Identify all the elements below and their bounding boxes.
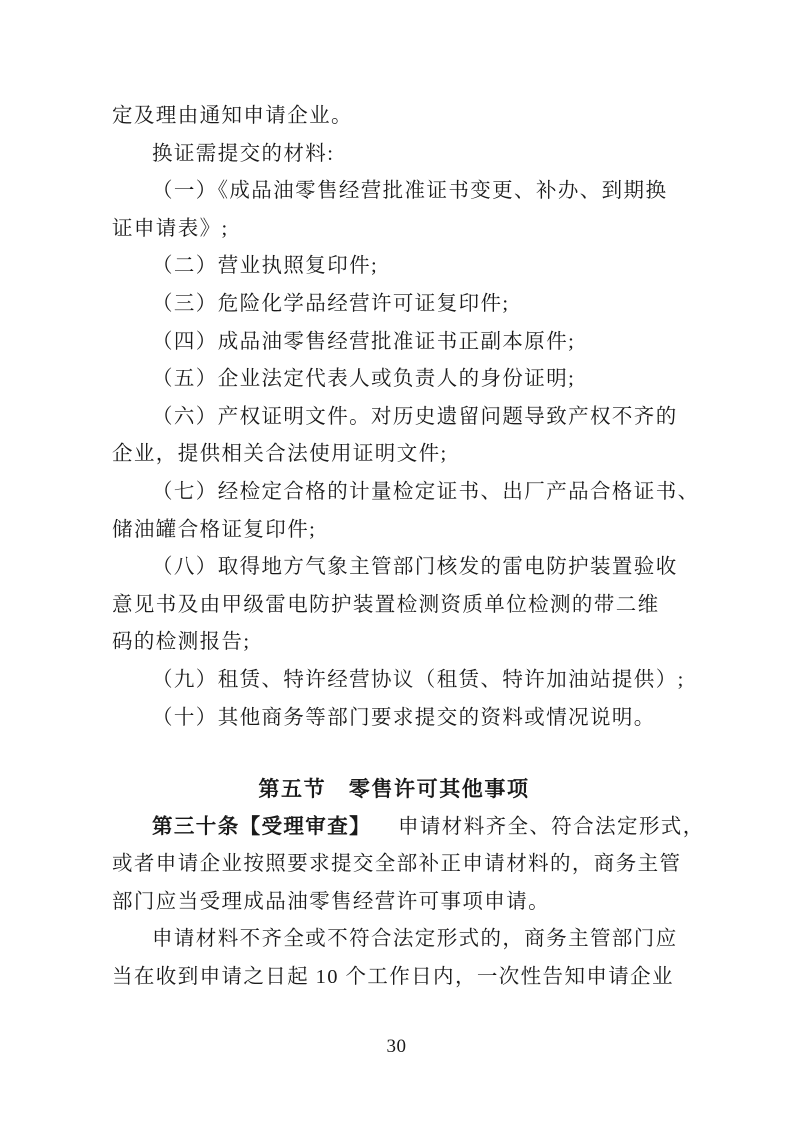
- section-heading: 第五节 零售许可其他事项: [112, 771, 676, 809]
- page-number: 30: [0, 1036, 793, 1058]
- article-text: 申请材料齐全、符合法定形式，: [398, 816, 705, 838]
- list-item-2: （二）营业执照复印件;: [112, 248, 676, 286]
- list-item-7: （七）经检定合格的计量检定证书、出厂产品合格证书、: [112, 474, 676, 512]
- list-item-6-cont: 企业，提供相关合法使用证明文件;: [112, 436, 676, 474]
- list-item-3: （三）危险化学品经营许可证复印件;: [112, 286, 676, 324]
- article-opening-line: 第三十条【受理审查】申请材料齐全、符合法定形式，: [112, 809, 676, 847]
- document-body: 定及理由通知申请企业。 换证需提交的材料: （一）《成品油零售经营批准证书变更、…: [112, 98, 676, 997]
- article-label: 第三十条【受理审查】: [152, 816, 371, 838]
- list-item-7-cont: 储油罐合格证复印件;: [112, 512, 676, 550]
- list-item-6: （六）产权证明文件。对历史遗留问题导致产权不齐的: [112, 399, 676, 437]
- list-item-8: （八）取得地方气象主管部门核发的雷电防护装置验收: [112, 549, 676, 587]
- text-line: 或者申请企业按照要求提交全部补正申请材料的，商务主管: [112, 846, 676, 884]
- document-page: 定及理由通知申请企业。 换证需提交的材料: （一）《成品油零售经营批准证书变更、…: [0, 0, 793, 1122]
- list-item-9: （九）租赁、特许经营协议（租赁、特许加油站提供）;: [112, 662, 676, 700]
- list-item-1: （一）《成品油零售经营批准证书变更、补办、到期换: [112, 173, 676, 211]
- text-line: 部门应当受理成品油零售经营许可事项申请。: [112, 884, 676, 922]
- text-line: 当在收到申请之日起 10 个工作日内，一次性告知申请企业: [112, 959, 676, 997]
- text-line: 换证需提交的材料:: [112, 136, 676, 174]
- list-item-8-cont: 码的检测报告;: [112, 624, 676, 662]
- list-item-1-cont: 证申请表》;: [112, 211, 676, 249]
- list-item-4: （四）成品油零售经营批准证书正副本原件;: [112, 324, 676, 362]
- list-item-5: （五）企业法定代表人或负责人的身份证明;: [112, 361, 676, 399]
- list-item-10: （十）其他商务等部门要求提交的资料或情况说明。: [112, 700, 676, 738]
- list-item-8-cont: 意见书及由甲级雷电防护装置检测资质单位检测的带二维: [112, 587, 676, 625]
- text-line: 申请材料不齐全或不符合法定形式的，商务主管部门应: [112, 921, 676, 959]
- text-line: 定及理由通知申请企业。: [112, 98, 676, 136]
